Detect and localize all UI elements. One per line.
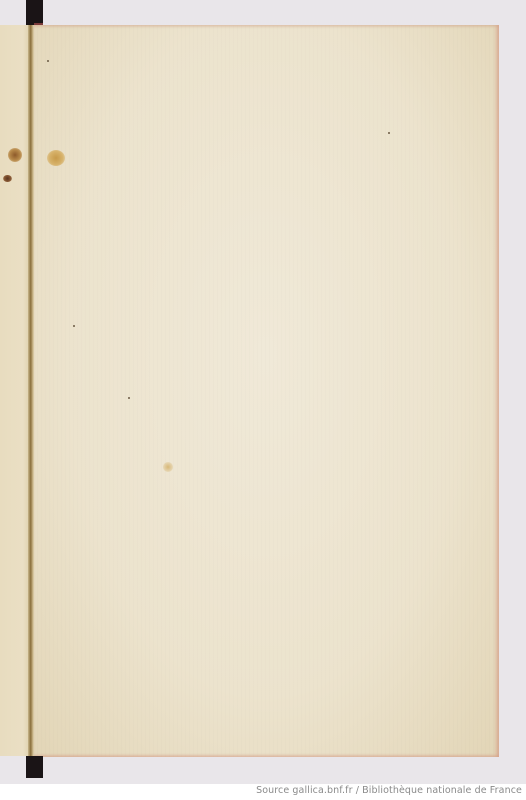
book-spine-gutter — [28, 25, 34, 757]
bookmark-ribbon-top — [26, 0, 43, 28]
foxing-stain — [8, 148, 22, 162]
source-credit: Source gallica.bnf.fr / Bibliothèque nat… — [256, 785, 522, 796]
foxing-stain — [3, 175, 12, 182]
paper-speck — [388, 132, 390, 134]
bookmark-ribbon-bottom — [26, 756, 43, 778]
paper-speck — [47, 60, 49, 62]
paper-speck — [73, 325, 75, 327]
paper-speck — [128, 397, 130, 399]
foxing-stain — [163, 462, 173, 472]
foxing-stain — [47, 150, 65, 166]
blank-page — [33, 25, 499, 757]
